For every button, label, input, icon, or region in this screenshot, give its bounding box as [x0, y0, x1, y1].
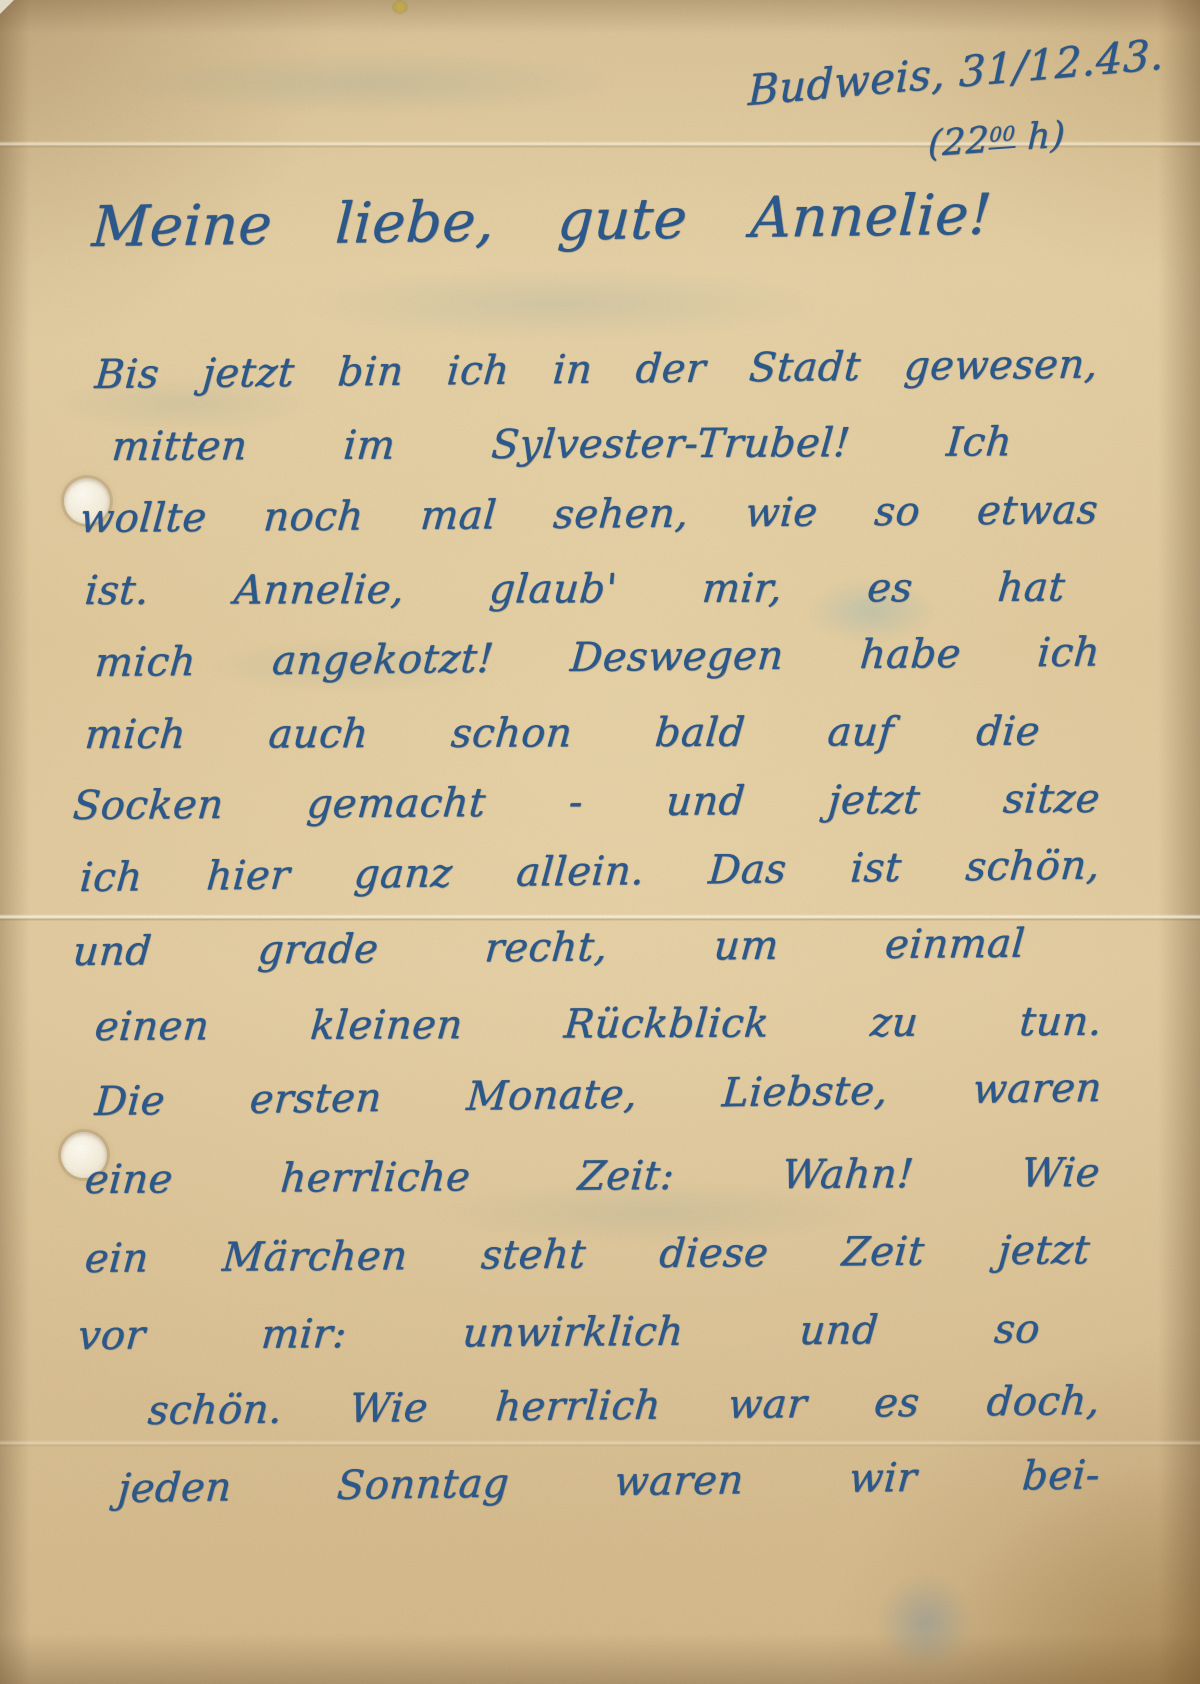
ink-smudge [300, 268, 820, 340]
letter-line: ich hier ganz allein. Das ist schön, [78, 843, 1101, 902]
letter-line: und grade recht, um einmal [71, 921, 1027, 975]
time-superscript: 00 [989, 122, 1016, 150]
letter-line: eine herrliche Zeit: Wahn! Wie [83, 1150, 1102, 1203]
ink-smudge [120, 52, 620, 114]
letter-line: ein Märchen steht diese Zeit jetzt [83, 1227, 1092, 1282]
date-time: (2200 h) [927, 114, 1066, 165]
letter-line: vor mir: unwirklich und so [76, 1306, 1042, 1359]
letter-line: mitten im Sylvester-Trubel! Ich [110, 419, 1014, 470]
fold-crease [0, 1440, 1200, 1447]
letter-line: Bis jetzt bin ich in der Stadt gewesen, [93, 341, 1099, 398]
time-close: h) [1015, 114, 1067, 159]
letter-line: Socken gemacht - und jetzt sitze [71, 776, 1102, 829]
letter-line: mich auch schon bald auf die [83, 709, 1042, 758]
salutation: Meine liebe, gute Annelie! [90, 183, 994, 260]
letter-line: Die ersten Monate, Liebste, waren [93, 1065, 1103, 1125]
letter-line: wollte noch mal sehen, wie so etwas [78, 487, 1100, 542]
letter-line: ist. Annelie, glaub' mir, es hat [83, 565, 1067, 614]
yellow-spot [392, 0, 408, 14]
letter-page: Budweis, 31/12.43. (2200 h) Meine liebe,… [0, 0, 1200, 1684]
letter-line: mich angekotzt! Deswegen habe ich [93, 629, 1101, 686]
letter-line: einen kleinen Rückblick zu tun. [93, 999, 1104, 1050]
letter-line: schön. Wie herrlich war es doch, [146, 1378, 1101, 1434]
time-open: (22 [927, 120, 990, 165]
corner-tear [0, 0, 14, 14]
date-place: Budweis, 31/12.43. [748, 29, 1165, 115]
